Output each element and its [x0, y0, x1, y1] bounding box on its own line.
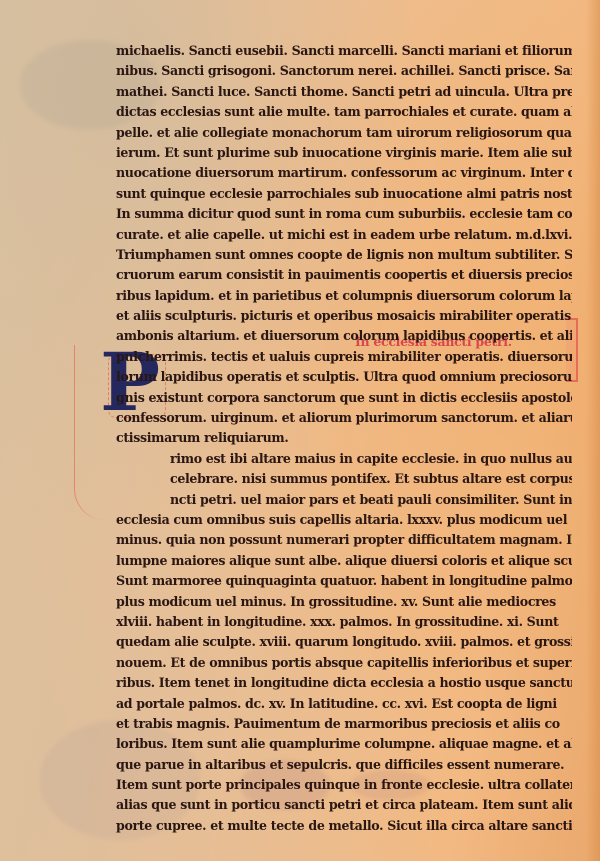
text-line: ad portale palmos. dc. xv. In latitudine…	[116, 694, 572, 714]
text-line: In summa dicitur quod sunt in roma cum s…	[116, 204, 572, 224]
text-line: michaelis. Sancti eusebii. Sancti marcel…	[116, 41, 572, 61]
text-line: pelle. et alie collegiate monachorum tam…	[116, 123, 572, 143]
text-line: nibus. Sancti grisogoni. Sanctorum nerei…	[116, 61, 572, 81]
text-line: Triumphamen sunt omnes coopte de lignis …	[116, 245, 572, 265]
text-line: et aliis sculpturis. picturis et operibu…	[116, 306, 572, 326]
manuscript-page: In ecclesia sancti petri. P michaelis. S…	[0, 0, 600, 861]
text-line: Sunt marmoree quinquaginta quatuor. habe…	[116, 571, 572, 591]
text-line: plus modicum uel minus. In grossitudine.…	[116, 592, 572, 612]
text-line: nuocatione diuersorum martirum. confesso…	[116, 163, 572, 183]
text-line: minus. quia non possunt numerari propter…	[116, 530, 572, 550]
text-line: nouem. Et de omnibus portis absque capit…	[116, 653, 572, 673]
text-line: quedam alie sculpte. xviii. quarum longi…	[116, 632, 572, 652]
text-line: ierum. Et sunt plurime sub inuocatione v…	[116, 143, 572, 163]
text-line: cruorum earum consistit in pauimentis co…	[116, 265, 572, 285]
text-line: lorum lapidibus operatis et sculptis. Ul…	[116, 367, 572, 387]
text-line: sunt quinque ecclesie parrochiales sub i…	[116, 184, 572, 204]
text-line: celebrare. nisi summus pontifex. Et subt…	[116, 469, 572, 489]
text-line: ribus. Item tenet in longitudine dicta e…	[116, 673, 572, 693]
text-line: gnis existunt corpora sanctorum que sunt…	[116, 388, 572, 408]
text-line: ribus lapidum. et in parietibus et colum…	[116, 286, 572, 306]
text-line: ambonis altarium. et diuersorum colorum …	[116, 326, 572, 346]
main-text: michaelis. Sancti eusebii. Sancti marcel…	[116, 41, 572, 836]
text-line: confessorum. uirginum. et aliorum plurim…	[116, 408, 572, 428]
text-line: porte cupree. et multe tecte de metallo.…	[116, 816, 572, 836]
text-line: curate. et alie capelle. ut michi est in…	[116, 225, 572, 245]
text-line: ecclesia cum omnibus suis capellis altar…	[116, 510, 572, 530]
page-edge-shadow	[586, 0, 600, 861]
text-line: dictas ecclesias sunt alie multe. tam pa…	[116, 102, 572, 122]
text-line: rimo est ibi altare maius in capite eccl…	[116, 449, 572, 469]
text-line: lumpne maiores alique sunt albe. alique …	[116, 551, 572, 571]
text-line: alias que sunt in porticu sancti petri e…	[116, 795, 572, 815]
text-line: xlviii. habent in longitudine. xxx. palm…	[116, 612, 572, 632]
text-line: ncti petri. uel maior pars et beati paul…	[116, 490, 572, 510]
text-line: Item sunt porte principales quinque in f…	[116, 775, 572, 795]
text-line: pulcherrimis. tectis et ualuis cupreis m…	[116, 347, 572, 367]
text-line: loribus. Item sunt alie quamplurime colu…	[116, 734, 572, 754]
text-line: ctissimarum reliquiarum.	[116, 428, 346, 448]
text-line: que parue in altaribus et sepulcris. que…	[116, 755, 572, 775]
text-line: et trabis magnis. Pauimentum de marmorib…	[116, 714, 572, 734]
text-line: mathei. Sancti luce. Sancti thome. Sanct…	[116, 82, 572, 102]
